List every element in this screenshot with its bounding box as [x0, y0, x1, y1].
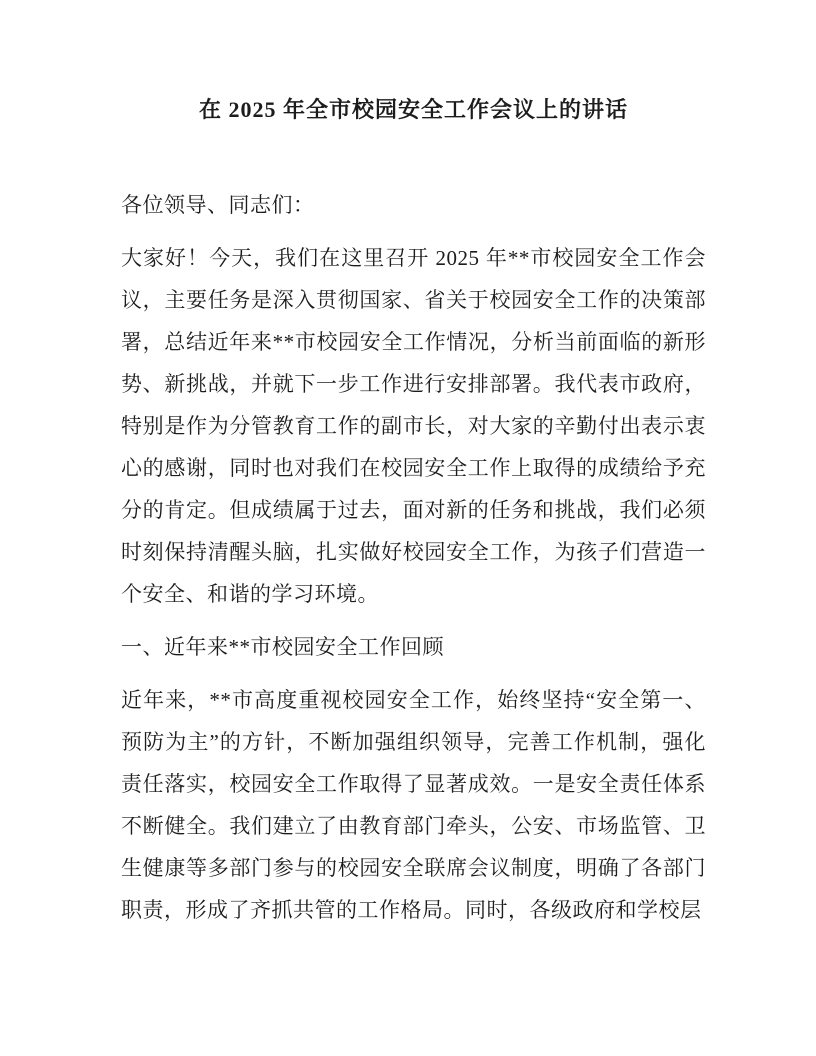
opening-paragraph: 大家好！今天，我们在这里召开 2025 年**市校园安全工作会议，主要任务是深入…	[121, 237, 706, 615]
blank-line	[121, 131, 706, 173]
document-page: 在 2025 年全市校园安全工作会议上的讲话 各位领导、同志们： 大家好！今天，…	[0, 0, 816, 1056]
section-1-heading: 一、近年来**市校园安全工作回顾	[121, 626, 706, 668]
section-1-paragraph: 近年来，**市高度重视校园安全工作，始终坚持“安全第一、预防为主”的方针，不断加…	[121, 679, 706, 931]
document-title: 在 2025 年全市校园安全工作会议上的讲话	[121, 89, 706, 131]
salutation: 各位领导、同志们：	[121, 184, 706, 226]
